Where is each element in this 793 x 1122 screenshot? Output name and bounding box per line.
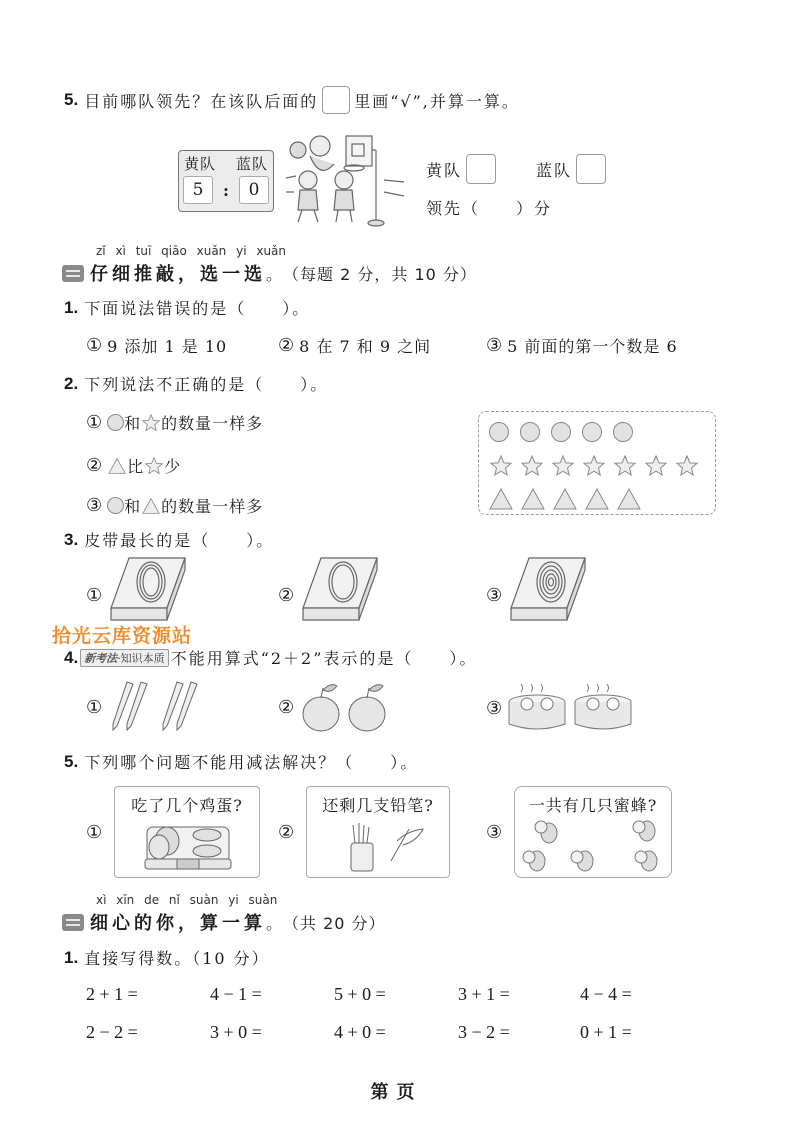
stars-row [489,454,699,478]
star-icon [141,413,161,433]
score-blue: 0 [239,176,269,204]
section-marker-icon [62,265,84,282]
question-number: 5. [64,90,78,110]
checkbox-example [322,86,350,114]
option-text: 8 在 7 和 9 之间 [299,334,431,357]
s2q4-option-1[interactable]: ① [86,680,207,734]
answer-yellow-box[interactable] [466,154,496,184]
section3-score: （共 20 分） [283,911,386,934]
star-icon [551,454,575,478]
section3-pinyin: xì xīn de nǐ suàn yi suàn [96,893,277,907]
section2-title: 仔细推敲，选一选 [90,260,266,286]
s2q2-option-3[interactable]: ③ 和 的数量一样多 [86,494,263,517]
circle-icon [582,422,602,442]
s2-question-3: 3. 皮带最长的是（ ）。 [64,528,274,551]
circle-icon [107,497,124,514]
s2q2-option-2[interactable]: ② 比 少 [86,454,181,477]
section3-header: 细心的你，算一算 。 （共 20 分） [62,909,386,935]
option-text: 9 添加 1 是 10 [107,334,227,357]
math-item[interactable]: 3 − 2 = [458,1022,510,1043]
s2q5-option-1-card[interactable]: 吃了几个鸡蛋? [114,786,260,878]
answer-blue: 蓝队 [536,154,610,184]
s2-question-2: 2. 下列说法不正确的是（ ）。 [64,372,328,395]
question-text-tail: 里画“√”,并算一算。 [354,89,520,112]
triangle-icon [489,488,513,510]
circle-icon [551,422,571,442]
math-item[interactable]: 2 + 1 = [86,984,138,1005]
option-text: 的数量一样多 [161,411,263,434]
section2-score: （每题 2 分，共 10 分） [283,262,477,285]
s2-question-5: 5. 下列哪个问题不能用减法解决？（ ）。 [64,750,418,773]
section3-title: 细心的你，算一算 [90,909,266,935]
section2-period: 。 [266,262,283,285]
option-mark: ③ [486,335,503,356]
star-icon [489,454,513,478]
basketball-players-illustration [286,130,406,228]
s2q5-option-1-mark[interactable]: ① [86,822,107,843]
s2q5-option-2-card[interactable]: 还剩几支铅笔? [306,786,450,878]
s2q3-option-3[interactable]: ③ [486,556,587,622]
option-mark: ③ [486,585,503,606]
option-mark: ② [278,697,295,718]
math-item[interactable]: 3 + 1 = [458,984,510,1005]
scoreboard-label-blue: 蓝队 [236,153,268,174]
card-caption: 吃了几个鸡蛋? [115,793,259,816]
star-icon [613,454,637,478]
four-pencils-image [107,680,207,734]
option-connector: 和 [124,411,141,434]
section3-period: 。 [266,911,283,934]
score-colon: : [223,181,229,200]
s2q1-option-1[interactable]: ① 9 添加 1 是 10 [86,334,227,357]
watermark: 拾光云库资源站 [52,621,192,648]
answer-yellow: 黄队 [426,154,500,184]
section2-header: 仔细推敲，选一选 。 （每题 2 分，共 10 分） [62,260,477,286]
s2-question-4: 4. 新考法·知识本质 不能用算式“2＋2”表示的是（ ）。 [64,646,477,669]
scoreboard-label-yellow: 黄队 [184,153,216,174]
circle-icon [613,422,633,442]
math-item[interactable]: 2 − 2 = [86,1022,138,1043]
s2q1-option-3[interactable]: ③ 5 前面的第一个数是 6 [486,334,678,357]
card-caption: 一共有几只蜜蜂? [515,793,671,816]
s3-question-1: 1. 直接写得数。（10 分） [64,946,270,969]
triangle-icon [617,488,641,510]
circle-icon [107,414,124,431]
question-text[interactable]: 下列哪个问题不能用减法解决？（ ）。 [84,750,418,773]
question-5-prompt: 5. 目前哪队领先？在该队后面的 里画“√”,并算一算。 [64,86,520,114]
option-mark: ① [86,822,103,843]
option-mark: ① [86,412,103,433]
badge-brand: 新考法 [84,652,117,665]
option-connector: 和 [124,494,141,517]
triangle-icon [521,488,545,510]
scoreboard: 黄队 蓝队 5 : 0 [178,150,274,212]
s2q5-option-3-card[interactable]: 一共有几只蜜蜂? [514,786,672,878]
option-text: 少 [164,454,181,477]
question-number: 2. [64,374,78,394]
section2-pinyin: zǐ xì tuī qiāo xuǎn yi xuǎn [96,244,286,258]
triangle-icon [107,457,127,475]
pencil-cup-hand-image [347,821,427,875]
question-text[interactable]: 不能用算式“2＋2”表示的是（ ）。 [171,646,478,669]
s2q3-option-1[interactable]: ① [86,556,187,622]
badge-text: ·知识本质 [117,652,165,665]
s2-question-1: 1. 下面说法错误的是（ ）。 [64,296,310,319]
math-item[interactable]: 5 + 0 = [334,984,386,1005]
question-number: 4. [64,648,78,668]
math-item[interactable]: 3 + 0 = [210,1022,262,1043]
answer-blue-label: 蓝队 [536,158,572,181]
question-text[interactable]: 下列说法不正确的是（ ）。 [84,372,328,395]
question-text: 目前哪队领先？在该队后面的 [84,89,318,112]
question-text[interactable]: 下面说法错误的是（ ）。 [84,296,310,319]
score-yellow: 5 [183,176,213,204]
option-mark: ② [278,335,295,356]
answer-blue-box[interactable] [576,154,606,184]
s2q5-option-2-mark[interactable]: ② [278,822,299,843]
star-icon [582,454,606,478]
s2q4-option-3[interactable]: ③ [486,680,637,736]
section-marker-icon [62,914,84,931]
answer-yellow-label: 黄队 [426,158,462,181]
math-item[interactable]: 0 + 1 = [580,1022,632,1043]
star-icon [644,454,668,478]
option-text: 的数量一样多 [161,494,263,517]
answer-lead: 领先（ ）分 [426,196,552,219]
question-text[interactable]: 皮带最长的是（ ）。 [84,528,274,551]
bees-image [519,817,669,877]
s2q2-option-1[interactable]: ① 和 的数量一样多 [86,411,263,434]
math-item[interactable]: 4 − 4 = [580,984,632,1005]
belt-box-image [299,556,379,622]
circles-row [489,422,633,442]
shapes-panel [478,411,716,515]
triangle-icon [585,488,609,510]
math-item[interactable]: 4 − 1 = [210,984,262,1005]
option-connector: 比 [127,454,144,477]
triangles-row [489,488,641,510]
math-item[interactable]: 4 + 0 = [334,1022,386,1043]
option-mark: ② [86,455,103,476]
circle-icon [489,422,509,442]
question-text: 直接写得数。（10 分） [84,946,269,969]
card-caption: 还剩几支铅笔? [307,793,449,816]
lead-points-blank[interactable]: 领先（ ）分 [426,196,552,219]
option-text: 5 前面的第一个数是 6 [507,334,678,357]
page-footer: 第页 [0,1078,793,1104]
s2q4-option-2[interactable]: ② [278,680,395,734]
s2q3-option-2[interactable]: ② [278,556,379,622]
belt-box-image [107,556,187,622]
option-mark: ① [86,335,103,356]
option-mark: ③ [86,495,103,516]
triangle-icon [553,488,577,510]
option-mark: ① [86,697,103,718]
question-number: 1. [64,948,78,968]
star-icon [520,454,544,478]
s2q5-option-3-mark[interactable]: ③ [486,822,507,843]
belt-box-image [507,556,587,622]
question-number: 5. [64,752,78,772]
option-mark: ① [86,585,103,606]
question-number: 1. [64,298,78,318]
option-mark: ③ [486,698,503,719]
new-method-badge: 新考法·知识本质 [80,649,169,667]
question-number: 3. [64,530,78,550]
circle-icon [520,422,540,442]
two-steamers-image [507,680,637,736]
triangle-icon [141,497,161,515]
option-mark: ③ [486,822,503,843]
option-mark: ② [278,585,295,606]
s2q1-option-2[interactable]: ② 8 在 7 和 9 之间 [278,334,431,357]
star-icon [675,454,699,478]
star-icon [144,456,164,476]
egg-tray-image [143,821,233,873]
option-mark: ② [278,822,295,843]
two-apples-image [299,680,395,734]
